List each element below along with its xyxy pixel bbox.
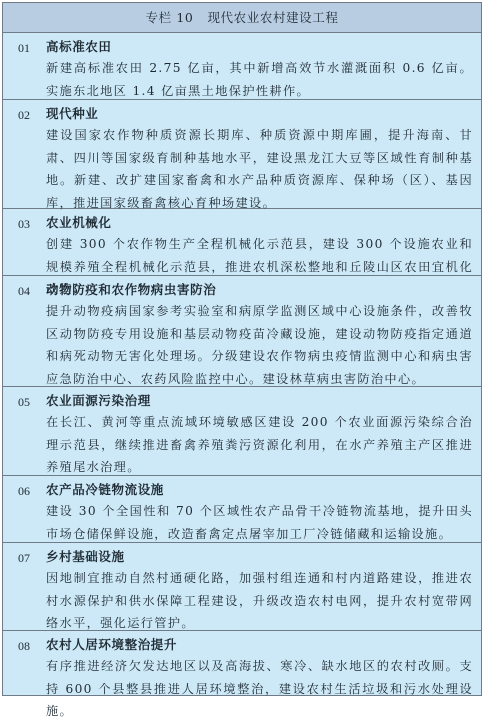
project-section: 06 农产品冷链物流设施 建设 30 个全国性和 70 个区域性农产品骨干冷链物… xyxy=(3,476,481,543)
section-body: 提升动物疫病国家参考实验室和病原学监测区域中心设施条件，改善牧区动物防疫专用设施… xyxy=(46,300,473,390)
section-title: 农业面源污染治理 xyxy=(46,391,473,411)
section-body: 在长江、黄河等重点流域环境敏感区建设 200 个农业面源污染综合治理示范县，继续… xyxy=(46,411,473,479)
column-title: 现代农业农村建设工程 xyxy=(207,10,338,25)
section-title: 农产品冷链物流设施 xyxy=(46,480,473,500)
section-title: 现代种业 xyxy=(46,104,473,124)
project-section: 03 农业机械化 创建 300 个农作物生产全程机械化示范县，建设 300 个设… xyxy=(3,209,481,276)
project-section: 08 农村人居环境整治提升 有序推进经济欠发达地区以及高海拔、寒冷、缺水地区的农… xyxy=(3,631,481,698)
section-body: 建设 30 个全国性和 70 个区域性农产品骨干冷链物流基地，提升田头市场仓储保… xyxy=(46,500,473,545)
section-title: 农业机械化 xyxy=(46,213,473,233)
section-number: 04 xyxy=(18,281,30,301)
section-body: 新建高标准农田 2.75 亿亩，其中新增高效节水灌溉面积 0.6 亿亩。实施东北… xyxy=(46,57,473,102)
column-header: 专栏 10现代农业农村建设工程 xyxy=(3,3,481,33)
section-body: 建设国家农作物种质资源长期库、种质资源中期库圃，提升海南、甘肃、四川等国家级育制… xyxy=(46,124,473,214)
section-number: 02 xyxy=(18,105,30,125)
section-number: 08 xyxy=(18,636,30,656)
column-label: 专栏 10 xyxy=(146,10,194,25)
section-title: 乡村基础设施 xyxy=(46,547,473,567)
project-section: 02 现代种业 建设国家农作物种质资源长期库、种质资源中期库圃，提升海南、甘肃、… xyxy=(3,100,481,209)
column-box: 专栏 10现代农业农村建设工程 01 高标准农田 新建高标准农田 2.75 亿亩… xyxy=(2,2,482,696)
project-section: 05 农业面源污染治理 在长江、黄河等重点流域环境敏感区建设 200 个农业面源… xyxy=(3,387,481,476)
section-number: 07 xyxy=(18,548,30,568)
section-title: 高标准农田 xyxy=(46,37,473,57)
section-title: 农村人居环境整治提升 xyxy=(46,635,473,655)
project-section: 07 乡村基础设施 因地制宜推动自然村通硬化路，加强村组连通和村内道路建设，推进… xyxy=(3,543,481,631)
section-title: 动物防疫和农作物病虫害防治 xyxy=(46,280,473,300)
section-body: 因地制宜推动自然村通硬化路，加强村组连通和村内道路建设，推进农村水源保护和供水保… xyxy=(46,567,473,635)
section-number: 05 xyxy=(18,392,30,412)
project-section: 04 动物防疫和农作物病虫害防治 提升动物疫病国家参考实验室和病原学监测区域中心… xyxy=(3,276,481,387)
section-number: 03 xyxy=(18,214,30,234)
section-number: 06 xyxy=(18,481,30,501)
project-section: 01 高标准农田 新建高标准农田 2.75 亿亩，其中新增高效节水灌溉面积 0.… xyxy=(3,33,481,100)
section-number: 01 xyxy=(18,38,30,58)
section-body: 有序推进经济欠发达地区以及高海拔、寒冷、缺水地区的农村改厕。支持 600 个县整… xyxy=(46,655,473,700)
